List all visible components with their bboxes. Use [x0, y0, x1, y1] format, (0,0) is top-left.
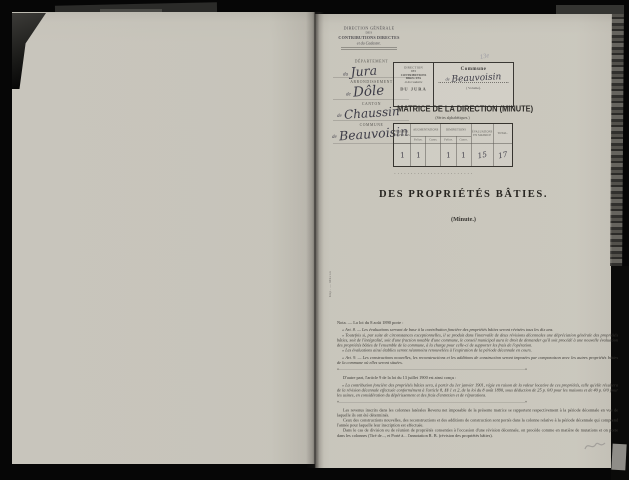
nota-final-p2: Ceux des constructions nouvelles, des re… [337, 418, 618, 428]
separator-dots: ························ [394, 171, 474, 177]
matrice-title: MATRICE DE LA DIRECTION (MINUTE) [397, 105, 533, 114]
stamp-line-4: et du Cadastre. [336, 41, 402, 46]
value-cell: 1 [456, 144, 471, 167]
value-cell: 1 [394, 144, 411, 167]
nota-heading: Nota. — La loi du 8 août 1890 porte : [337, 320, 618, 325]
direction-line-5: DU JURA [394, 87, 433, 92]
scanner-background: DIRECTION GÉNÉRALE DES CONTRIBUTIONS DIR… [0, 0, 629, 480]
value-cell: 1 [411, 144, 426, 167]
value-cell: 15 [471, 144, 493, 167]
printer-imprint: Imp. — Mâcon [328, 259, 332, 309]
book-spine-line [314, 12, 316, 468]
main-title: DES PROPRIÉTÉS BÂTIES. [315, 189, 612, 200]
stamp-line-2: DES [336, 31, 402, 35]
direction-line-3: CONTRIBUTIONS DIRECTES [394, 74, 433, 80]
col-header-folios: NOMBRE DE FOLIOS [394, 124, 411, 144]
commune-prefix: de [332, 134, 337, 140]
administration-stamp: DIRECTION GÉNÉRALE DES CONTRIBUTIONS DIR… [336, 26, 402, 50]
commune-box-entry: de Beauvoisin [434, 73, 513, 84]
nota-final-p3: Dans le cas de division ou de réunion de… [337, 428, 618, 438]
matrice-title-block: MATRICE DE LA DIRECTION (MINUTE) (Séries… [392, 105, 513, 120]
canton-rule [333, 121, 409, 122]
summary-table: NOMBRE DE FOLIOS AUGMENTATIONS DIMINUTIO… [393, 123, 513, 167]
nota-dots-1: «.......................................… [337, 367, 618, 372]
col-header-diminutions: DIMINUTIONS [441, 124, 471, 137]
header-box: DIRECTION DES CONTRIBUTIONS DIRECTES et … [393, 62, 514, 107]
nota-art8-p3: « Les évaluations ainsi établies seront … [337, 347, 618, 352]
scanner-edge-top-right [556, 5, 624, 14]
commune-box-prefix: de [445, 77, 449, 82]
nota-section: Nota. — La loi du 8 août 1890 porte : « … [337, 320, 618, 438]
direction-line-2: DES [394, 70, 433, 73]
nota-autre-body: « La contribution foncière des propriété… [337, 382, 618, 397]
direction-line-4: et du Cadastre [394, 81, 433, 84]
nota-dots-2: «.......................................… [337, 399, 618, 404]
departement-prefix: du [343, 72, 348, 78]
value-cell: 1 [441, 144, 456, 167]
left-page-blank [12, 12, 315, 464]
canton-prefix: de [337, 113, 342, 119]
stamp-line-1: DIRECTION GÉNÉRALE [336, 26, 402, 31]
nota-autre-intro: D'autre part, l'article 9 de la loi du 1… [337, 375, 618, 380]
subcol-folios-2: Folios. [441, 136, 456, 144]
page-right-edge-texture [610, 14, 624, 266]
value-cell: 17 [493, 144, 512, 167]
pencil-squiggle [583, 438, 607, 454]
col-header-evaluations: ÉVALUATIONS EN MATRICE [471, 124, 493, 144]
handwritten-value: 1 [399, 150, 406, 160]
col-header-augmentations: AUGMENTATIONS [411, 124, 441, 137]
subcol-cases-1: Cases. [426, 136, 441, 144]
matrice-subtitle: (Séries alphabétiques.) [392, 116, 513, 121]
direction-cell: DIRECTION DES CONTRIBUTIONS DIRECTES et … [394, 63, 434, 106]
stamp-double-rule [341, 48, 397, 51]
summary-table-wrap: NOMBRE DE FOLIOS AUGMENTATIONS DIMINUTIO… [393, 123, 513, 167]
nota-final-p1: Les revenus inscrits dans les colonnes l… [337, 407, 618, 417]
main-subtitle: (Minute.) [315, 216, 612, 223]
handwritten-value: 1 [445, 150, 452, 160]
handwritten-value: 17 [497, 149, 508, 160]
commune-cell: Commune de Beauvoisin ( Volume). [434, 63, 513, 106]
value-cell [426, 144, 441, 167]
arrondissement-value: Dôle [353, 82, 385, 100]
subcol-folios-1: Folios. [411, 136, 426, 144]
page-corner-bottom-right [611, 444, 626, 471]
stamp-line-3: CONTRIBUTIONS DIRECTES [336, 36, 402, 41]
nota-art8-p2: « Toutefois si, par suite de circonstanc… [337, 332, 618, 347]
handwritten-value: 1 [460, 150, 467, 160]
volume-note: ( Volume). [434, 86, 513, 90]
subcol-cases-2: Cases. [456, 136, 471, 144]
arrondissement-prefix: de [346, 92, 351, 98]
handwritten-value: 1 [415, 150, 422, 160]
col-header-total: TOTAL. [493, 124, 512, 144]
nota-art9-p1: « Art. 9. — Les constructions nouvelles,… [337, 355, 618, 365]
handwritten-value: 15 [477, 149, 488, 160]
